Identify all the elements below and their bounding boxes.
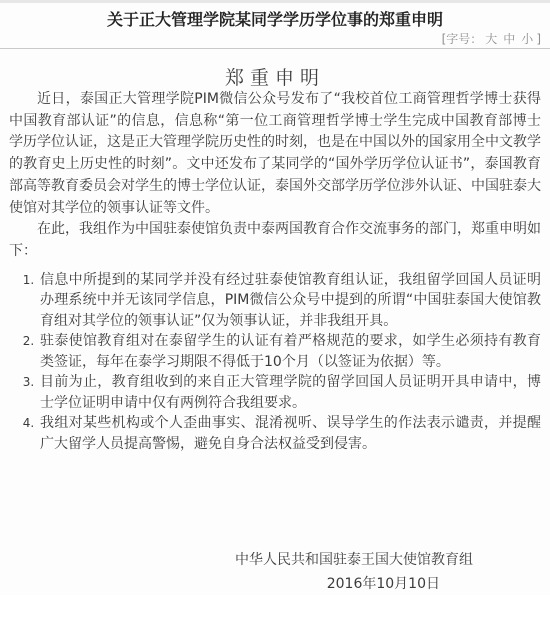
list-item-3: 目前为止，教育组收到的来自正大管理学院的留学回国人员证明开具申请中，博士学位证明… xyxy=(38,372,541,413)
font-size-option-large[interactable]: 大 xyxy=(485,32,497,46)
signature-date: 2016年10月10日 xyxy=(0,573,550,595)
font-size-option-medium[interactable]: 中 xyxy=(503,32,515,46)
signature-block: 中华人民共和国驻泰王国大使馆教育组 2016年10月10日 xyxy=(0,549,550,595)
font-size-option-small[interactable]: 小 xyxy=(521,32,533,46)
statement-heading: 郑重申明 xyxy=(0,67,550,89)
font-size-label-prefix: [字号： xyxy=(442,32,483,46)
statement-body: 近日，泰国正大管理学院PIM微信公众号发布了“我校首位工商管理哲学博士获得中国教… xyxy=(0,89,550,454)
list-item-4: 我组对某些机构或个人歪曲事实、混淆视听、误导学生的作法表示谴责，并提醒广大留学人… xyxy=(38,413,541,454)
page-top-edge xyxy=(0,0,550,3)
font-size-control: [字号：大中小] xyxy=(0,30,550,46)
statement-page: 关于正大管理学院某同学学历学位事的郑重申明 [字号：大中小] 郑重申明 近日，泰… xyxy=(0,0,550,595)
statement-paragraph-1: 近日，泰国正大管理学院PIM微信公众号发布了“我校首位工商管理哲学博士获得中国教… xyxy=(9,89,541,219)
font-size-label-suffix: ] xyxy=(536,32,541,46)
list-item-2: 驻泰使馆教育组对在泰留学生的认证有着严格规范的要求，如学生必须持有教育类签证，每… xyxy=(38,331,541,372)
header-divider xyxy=(0,48,550,49)
page-title: 关于正大管理学院某同学学历学位事的郑重申明 xyxy=(0,10,550,30)
list-item-1: 信息中所提到的某同学并没有经过驻泰使馆教育组认证，我组留学回国人员证明办理系统中… xyxy=(38,270,541,332)
statement-paragraph-2: 在此，我组作为中国驻泰使馆负责中泰两国教育合作交流事务的部门，郑重申明如下： xyxy=(9,219,541,262)
statement-list: 信息中所提到的某同学并没有经过驻泰使馆教育组认证，我组留学回国人员证明办理系统中… xyxy=(9,270,541,455)
signature-org: 中华人民共和国驻泰王国大使馆教育组 xyxy=(0,549,550,571)
